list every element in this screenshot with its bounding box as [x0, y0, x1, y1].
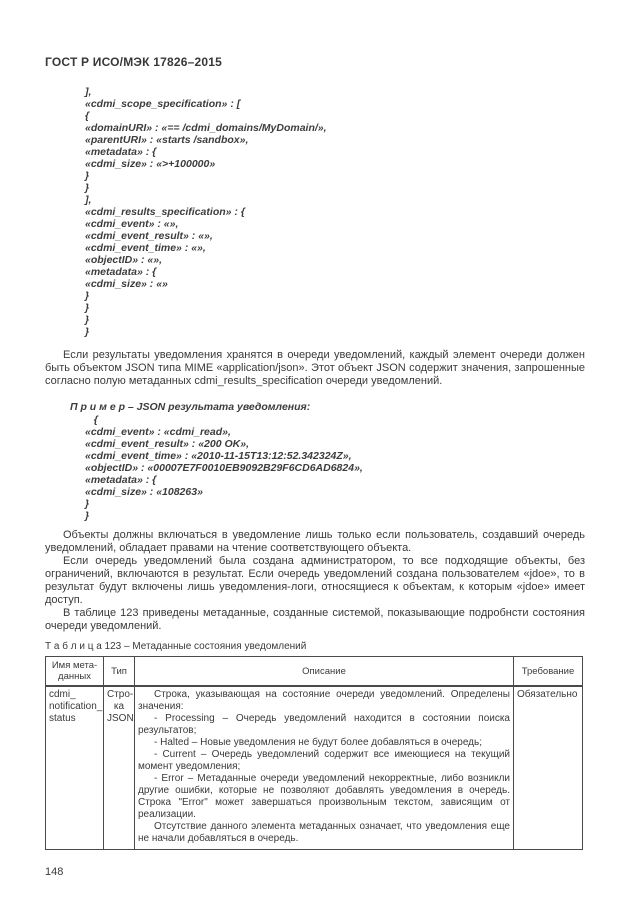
- description-paragraph: - Error – Метаданные очереди уведомлений…: [138, 773, 510, 821]
- page-number: 148: [45, 866, 585, 878]
- code-line: «metadata» : {: [85, 146, 585, 158]
- code-line: }: [85, 182, 585, 194]
- code-line: «cdmi_event_time» : «»,: [85, 242, 585, 254]
- document-page: ГОСТ Р ИСО/МЭК 17826–2015 ],«cdmi_scope_…: [0, 0, 630, 913]
- code-line: «objectID» : «00007E7F0010EB9092B29F6CD6…: [85, 462, 585, 474]
- paragraph-table-intro: В таблице 123 приведены метаданные, созд…: [45, 607, 585, 633]
- paragraph-results-queue: Если результаты уведомления хранятся в о…: [45, 349, 585, 388]
- code-line: «cdmi_event» : «»,: [85, 218, 585, 230]
- code-line: «cdmi_event_time» : «2010-11-15T13:12:52…: [85, 450, 585, 462]
- code-line: «cdmi_size» : «>+100000»: [85, 158, 585, 170]
- code-line: }: [85, 498, 585, 510]
- code-line: {: [85, 414, 585, 426]
- description-paragraph: - Halted – Новые уведомления не будут бо…: [138, 737, 510, 749]
- description-paragraph: - Processing – Очередь уведомлений наход…: [138, 713, 510, 737]
- code-line: ],: [85, 86, 585, 98]
- table-header-requirement: Требование: [514, 657, 583, 687]
- code-line: «objectID» : «»,: [85, 254, 585, 266]
- code-line: }: [85, 290, 585, 302]
- code-line: «cdmi_scope_specification» : [: [85, 98, 585, 110]
- description-paragraph: Строка, указывающая на состояние очереди…: [138, 689, 510, 713]
- table-row: cdmi_ notification_ status Стро- ка JSON…: [46, 686, 583, 850]
- code-line: «cdmi_results_specification» : {: [85, 206, 585, 218]
- cell-requirement: Обязательно: [514, 686, 583, 850]
- description-paragraph: Отсутствие данного элемента метаданных о…: [138, 821, 510, 845]
- code-line: «cdmi_size» : «108263»: [85, 486, 585, 498]
- code-line: «parentURI» : «starts /sandbox»,: [85, 134, 585, 146]
- code-line: }: [85, 326, 585, 338]
- code-line: «metadata» : {: [85, 474, 585, 486]
- code-line: {: [85, 110, 585, 122]
- metadata-table: Имя мета- данных Тип Описание Требование…: [45, 656, 583, 850]
- code-line: «cdmi_size» : «»: [85, 278, 585, 290]
- code-line: «cdmi_event_result» : «200 OK»,: [85, 438, 585, 450]
- paragraph-admin-queue: Если очередь уведомлений была создана ад…: [45, 555, 585, 607]
- description-paragraph-list: Строка, указывающая на состояние очереди…: [138, 689, 510, 845]
- code-line: }: [85, 302, 585, 314]
- description-paragraph: - Current – Очередь уведомлений содержит…: [138, 749, 510, 773]
- code-line: «metadata» : {: [85, 266, 585, 278]
- code-line: «domainURI» : «== /cdmi_domains/MyDomain…: [85, 122, 585, 134]
- cell-type: Стро- ка JSON: [104, 686, 135, 850]
- table-header-name: Имя мета- данных: [46, 657, 104, 687]
- code-block-example: {«cdmi_event» : «cdmi_read»,«cdmi_event_…: [85, 414, 585, 522]
- cell-metadata-name: cdmi_ notification_ status: [46, 686, 104, 850]
- code-line: ],: [85, 194, 585, 206]
- cell-description: Строка, указывающая на состояние очереди…: [135, 686, 514, 850]
- code-line: }: [85, 314, 585, 326]
- code-line: «cdmi_event_result» : «»,: [85, 230, 585, 242]
- code-line: «cdmi_event» : «cdmi_read»,: [85, 426, 585, 438]
- code-line: }: [85, 510, 585, 522]
- document-header-title: ГОСТ Р ИСО/МЭК 17826–2015: [45, 55, 585, 69]
- paragraph-objects-included: Объекты должны включаться в уведомление …: [45, 529, 585, 555]
- code-line: }: [85, 170, 585, 182]
- code-block-top: ],«cdmi_scope_specification» : [{«domain…: [85, 86, 585, 338]
- table-header-description: Описание: [135, 657, 514, 687]
- example-label: П р и м е р – JSON результата уведомлени…: [70, 401, 585, 413]
- table-caption: Т а б л и ц а 123 – Метаданные состояния…: [45, 641, 585, 652]
- table-header-row: Имя мета- данных Тип Описание Требование: [46, 657, 583, 687]
- table-header-type: Тип: [104, 657, 135, 687]
